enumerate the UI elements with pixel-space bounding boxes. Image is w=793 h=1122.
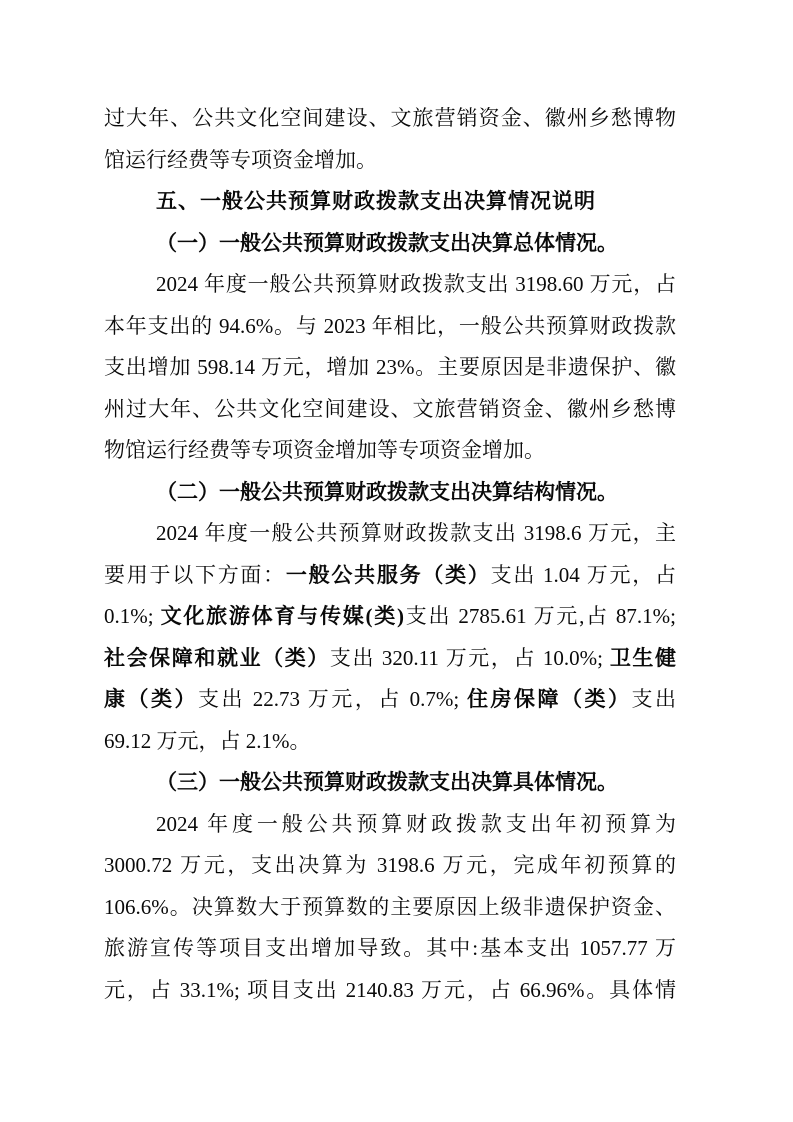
bold-text-segment: 一般公共服务（类） bbox=[286, 563, 491, 587]
paragraph-specific-situation-line-2: 3000.72 万元，支出决算为 3198.6 万元，完成年初预算的 bbox=[104, 845, 676, 887]
text-segment: 3000.72 万元，支出决算为 3198.6 万元，完成年初预算的 bbox=[104, 853, 676, 877]
text-segment: 0.1%; bbox=[104, 604, 161, 628]
paragraph-structure-situation-line-4: 社会保障和就业（类）支出 320.11 万元，占 10.0%; 卫生健 bbox=[104, 638, 676, 680]
text-segment: 物馆运行经费等专项资金增加等专项资金增加。 bbox=[104, 438, 545, 462]
text-segment: 69.12 万元，占 2.1%。 bbox=[104, 729, 311, 753]
bold-text-segment: 康（类） bbox=[104, 687, 198, 711]
paragraph-overall-situation-line-5: 物馆运行经费等专项资金增加等专项资金增加。 bbox=[104, 430, 676, 472]
bold-text-segment: （二）一般公共预算财政拨款支出决算结构情况。 bbox=[156, 480, 618, 504]
bold-text-segment: 卫生健 bbox=[610, 646, 676, 670]
heading-section-5-1-line-1: （一）一般公共预算财政拨款支出决算总体情况。 bbox=[104, 223, 676, 265]
paragraph-overall-situation-line-3: 支出增加 598.14 万元，增加 23%。主要原因是非遗保护、徽 bbox=[104, 347, 676, 389]
paragraph-specific-situation-line-4: 旅游宣传等项目支出增加导致。其中:基本支出 1057.77 万 bbox=[104, 928, 676, 970]
text-segment: 2024 年度一般公共预算财政拨款支出 3198.60 万元，占 bbox=[156, 272, 676, 296]
paragraph-continuation-line-1: 过大年、公共文化空间建设、文旅营销资金、徽州乡愁博物 bbox=[104, 98, 676, 140]
bold-text-segment: （三）一般公共预算财政拨款支出决算具体情况。 bbox=[156, 770, 618, 794]
paragraph-structure-situation-line-5: 康（类）支出 22.73 万元，占 0.7%; 住房保障（类）支出 bbox=[104, 679, 676, 721]
text-segment: 支出 bbox=[632, 687, 677, 711]
text-segment: 2024 年度一般公共预算财政拨款支出年初预算为 bbox=[156, 812, 676, 836]
paragraph-overall-situation-line-2: 本年支出的 94.6%。与 2023 年相比，一般公共预算财政拨款 bbox=[104, 306, 676, 348]
bold-text-segment: 住房保障（类） bbox=[467, 687, 632, 711]
document-content: 过大年、公共文化空间建设、文旅营销资金、徽州乡愁博物馆运行经费等专项资金增加。五… bbox=[104, 98, 676, 1011]
text-segment: 要用于以下方面： bbox=[104, 563, 286, 587]
text-segment: 本年支出的 94.6%。与 2023 年相比，一般公共预算财政拨款 bbox=[104, 314, 676, 338]
paragraph-specific-situation-line-3: 106.6%。决算数大于预算数的主要原因上级非遗保护资金、 bbox=[104, 887, 676, 929]
text-segment: 州过大年、公共文化空间建设、文旅营销资金、徽州乡愁博 bbox=[104, 397, 676, 421]
text-segment: 支出 320.11 万元，占 10.0%; bbox=[330, 646, 610, 670]
text-segment: 支出增加 598.14 万元，增加 23%。主要原因是非遗保护、徽 bbox=[104, 355, 676, 379]
text-segment: 元，占 33.1%; 项目支出 2140.83 万元，占 66.96%。具体情 bbox=[104, 978, 676, 1002]
paragraph-structure-situation-line-2: 要用于以下方面：一般公共服务（类）支出 1.04 万元，占 bbox=[104, 555, 676, 597]
text-segment: 106.6%。决算数大于预算数的主要原因上级非遗保护资金、 bbox=[104, 895, 676, 919]
paragraph-specific-situation-line-5: 元，占 33.1%; 项目支出 2140.83 万元，占 66.96%。具体情 bbox=[104, 970, 676, 1012]
paragraph-continuation-line-2: 馆运行经费等专项资金增加。 bbox=[104, 140, 676, 182]
paragraph-overall-situation-line-1: 2024 年度一般公共预算财政拨款支出 3198.60 万元，占 bbox=[104, 264, 676, 306]
text-segment: 过大年、公共文化空间建设、文旅营销资金、徽州乡愁博物 bbox=[104, 106, 676, 130]
paragraph-structure-situation-line-1: 2024 年度一般公共预算财政拨款支出 3198.6 万元，主 bbox=[104, 513, 676, 555]
text-segment: 馆运行经费等专项资金增加。 bbox=[104, 148, 377, 172]
heading-section-5-line-1: 五、一般公共预算财政拨款支出决算情况说明 bbox=[104, 181, 676, 223]
heading-section-5-2-line-1: （二）一般公共预算财政拨款支出决算结构情况。 bbox=[104, 472, 676, 514]
paragraph-overall-situation-line-4: 州过大年、公共文化空间建设、文旅营销资金、徽州乡愁博 bbox=[104, 389, 676, 431]
text-segment: 2024 年度一般公共预算财政拨款支出 3198.6 万元，主 bbox=[156, 521, 676, 545]
heading-section-5-3-line-1: （三）一般公共预算财政拨款支出决算具体情况。 bbox=[104, 762, 676, 804]
text-segment: 支出 2785.61 万元,占 87.1%; bbox=[404, 604, 676, 628]
document-page: 过大年、公共文化空间建设、文旅营销资金、徽州乡愁博物馆运行经费等专项资金增加。五… bbox=[0, 0, 793, 1122]
text-segment: 支出 1.04 万元，占 bbox=[491, 563, 676, 587]
bold-text-segment: 文化旅游体育与传媒(类) bbox=[161, 604, 404, 628]
paragraph-structure-situation-line-3: 0.1%; 文化旅游体育与传媒(类)支出 2785.61 万元,占 87.1%; bbox=[104, 596, 676, 638]
bold-text-segment: 五、一般公共预算财政拨款支出决算情况说明 bbox=[156, 190, 596, 213]
text-segment: 旅游宣传等项目支出增加导致。其中:基本支出 1057.77 万 bbox=[104, 936, 676, 960]
bold-text-segment: 社会保障和就业（类） bbox=[104, 646, 330, 670]
paragraph-specific-situation-line-1: 2024 年度一般公共预算财政拨款支出年初预算为 bbox=[104, 804, 676, 846]
bold-text-segment: （一）一般公共预算财政拨款支出决算总体情况。 bbox=[156, 231, 618, 255]
paragraph-structure-situation-line-6: 69.12 万元，占 2.1%。 bbox=[104, 721, 676, 763]
text-segment: 支出 22.73 万元，占 0.7%; bbox=[198, 687, 467, 711]
